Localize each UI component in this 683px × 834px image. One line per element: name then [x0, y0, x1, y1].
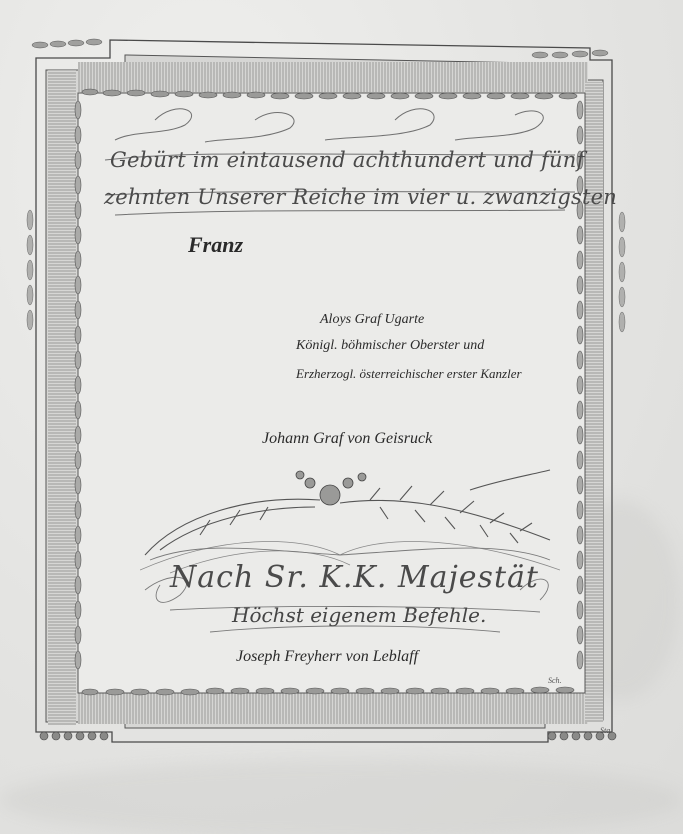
by-command-line-2: Höchst eigenem Befehle.: [232, 603, 486, 627]
signature-secretary: Joseph Freyherr von Leblaff: [236, 648, 418, 666]
signature-chancellor: Johann Graf von Geisruck: [262, 430, 432, 448]
heading-line-1: Gebürt im eintausend achthundert und fün…: [110, 148, 584, 172]
engraver-mark: Sch.: [548, 676, 562, 685]
signature-sovereign: Franz: [188, 232, 243, 258]
countersign-line-2: Königl. böhmischer Oberster und: [296, 338, 484, 354]
corner-mark: Sta.: [600, 726, 612, 735]
countersign-line-1: Aloys Graf Ugarte: [320, 312, 424, 328]
by-command-line-1: Nach Sr. K.K. Majestät: [170, 560, 539, 595]
engraved-frame: [0, 0, 683, 834]
heading-line-2: zehnten Unserer Reiche im vier u. zwanzi…: [104, 185, 617, 209]
countersign-line-3: Erzherzogl. österreichischer erster Kanz…: [296, 366, 522, 382]
